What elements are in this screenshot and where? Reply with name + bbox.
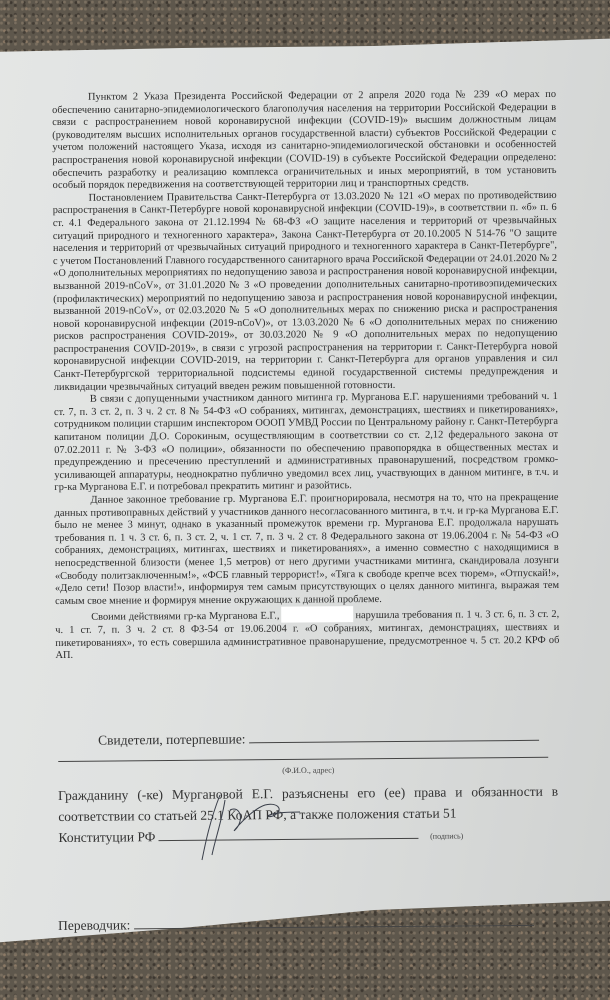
witnesses-section: Свидетели, потерпевшие: (Ф.И.О., адрес) [58, 729, 558, 777]
paragraph-violation: В связи с допущенными участником данного… [54, 391, 559, 495]
document-body: Пунктом 2 Указа Президента Российской Фе… [52, 89, 559, 663]
redaction-box [281, 607, 353, 623]
constitution-label: Конституции РФ [58, 829, 155, 845]
conclusion-start: Своими действиями гр-ка Мурганова Е.Г., [91, 611, 279, 623]
witnesses-label: Свидетели, потерпевшие: [98, 731, 246, 747]
handwritten-signature [190, 790, 310, 870]
translator-label: Переводчик: [58, 917, 130, 933]
translator-field[interactable] [134, 925, 534, 929]
paragraph-ignored-demand: Данное законное требование гр. Мурганова… [54, 492, 559, 608]
signature-caption: (подпись) [430, 831, 463, 840]
paragraph-decree: Пунктом 2 Указа Президента Российской Фе… [52, 89, 557, 193]
paragraph-resolution: Постановлением Правительства Санкт-Петер… [53, 190, 558, 395]
witnesses-field-line2[interactable] [58, 757, 548, 762]
translator-section: Переводчик: [58, 914, 558, 934]
paragraph-conclusion: Своими действиями гр-ка Мурганова Е.Г.,н… [55, 605, 559, 662]
witnesses-field[interactable] [249, 740, 539, 744]
